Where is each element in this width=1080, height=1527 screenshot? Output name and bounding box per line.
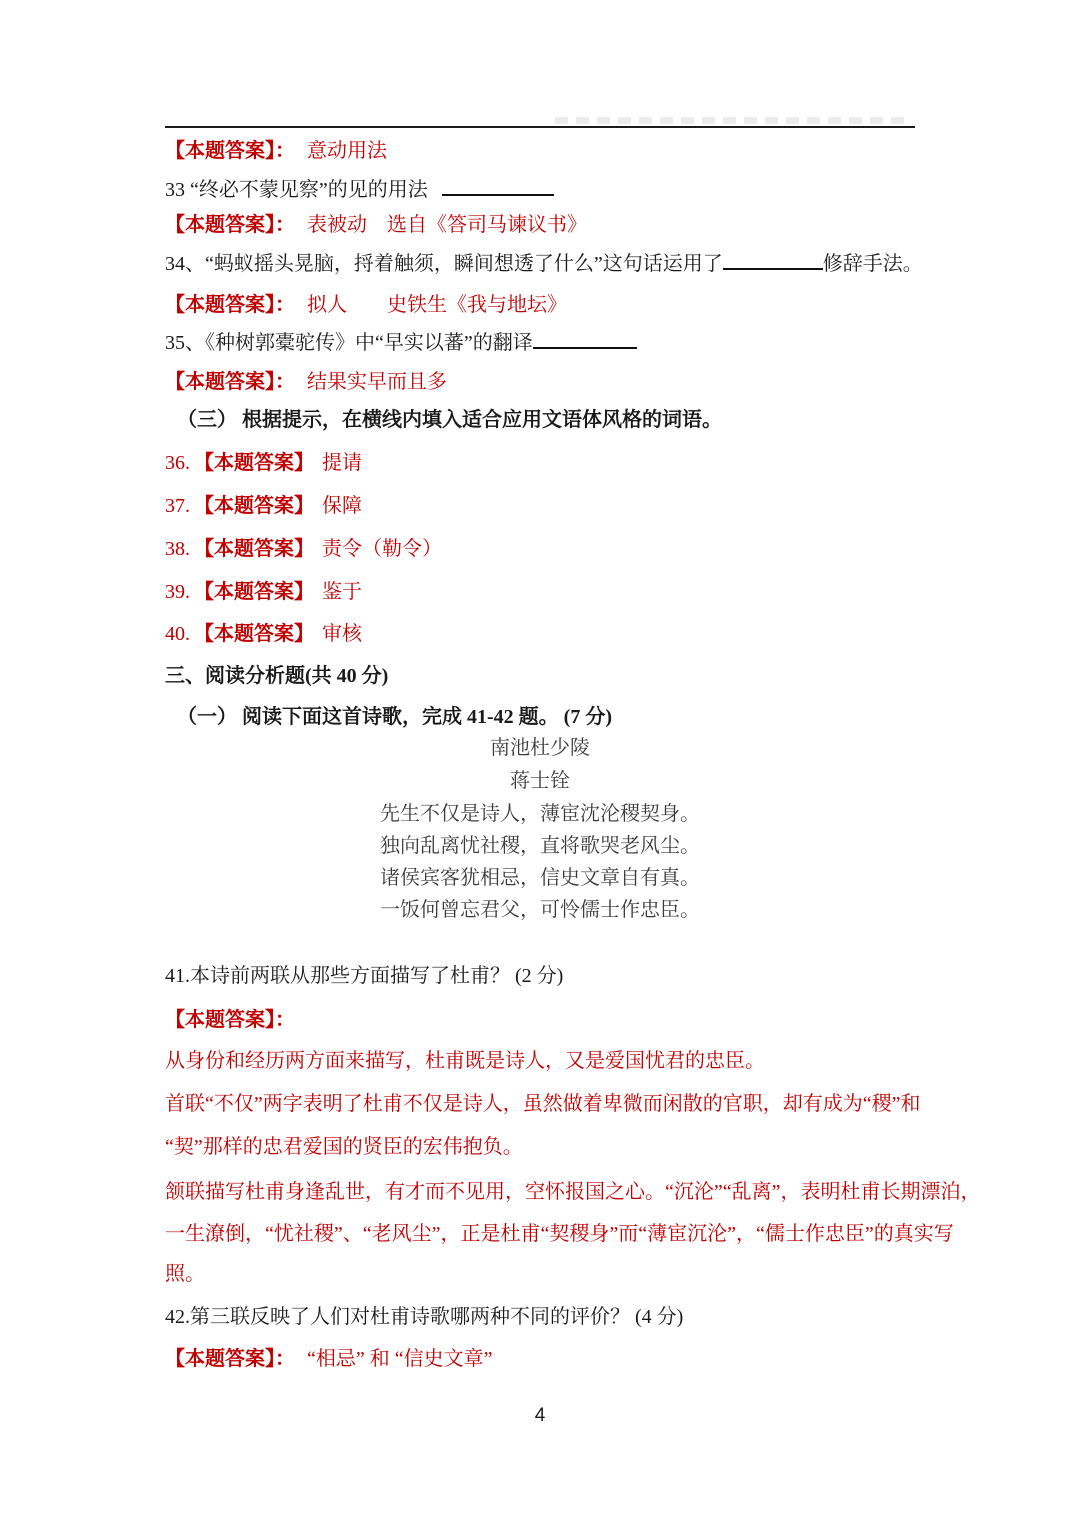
question-text-after-blank: 修辞手法。: [823, 253, 923, 275]
answer-line-34: 【本题答案】：拟人 史铁生《我与地坛》: [165, 291, 915, 319]
answer-text: 责令（勒令）: [322, 538, 442, 560]
part-3-subheading: （一） 阅读下面这首诗歌，完成 41-42 题。 (7 分): [165, 703, 915, 731]
question-text: 34、“蚂蚁摇头晃脑，捋着触须，瞬间想透了什么”这句话运用了: [165, 253, 723, 275]
answer-text: 表被动 选自《答司马谏议书》: [307, 214, 587, 236]
fill-answer-39: 39.【本题答案】鉴于: [165, 578, 915, 606]
answer-line-33: 【本题答案】：表被动 选自《答司马谏议书》: [165, 211, 915, 239]
header-divider-line: [165, 126, 915, 128]
page-content: 【本题答案】：意动用法 33 “终必不蒙见察”的见的用法 【本题答案】：表被动 …: [165, 126, 915, 1430]
answer-text: 保障: [322, 495, 362, 517]
question-33: 33 “终必不蒙见察”的见的用法: [165, 174, 915, 204]
fill-answer-36: 36.【本题答案】提请: [165, 449, 915, 477]
answer-text: “相忌” 和 “信史文章”: [307, 1348, 493, 1370]
answer-label: 【本题答案】：: [165, 214, 295, 236]
answer-label: 【本题答案】: [194, 538, 314, 560]
item-number: 39.: [165, 581, 190, 603]
fill-answer-40: 40.【本题答案】审核: [165, 620, 915, 648]
answer-label: 【本题答案】：: [165, 371, 295, 393]
answer-label: 【本题答案】: [194, 581, 314, 603]
answer-line-42: 【本题答案】：“相忌” 和 “信史文章”: [165, 1345, 915, 1373]
fill-answer-38: 38.【本题答案】责令（勒令）: [165, 535, 915, 563]
answer-label: 【本题答案】: [194, 623, 314, 645]
question-text: 33 “终必不蒙见察”的见的用法: [165, 179, 428, 201]
answer-text: 结果实早而且多: [307, 371, 447, 393]
answer-text: 鉴于: [322, 581, 362, 603]
item-number: 40.: [165, 623, 190, 645]
poem-author: 蒋士铨: [165, 767, 915, 795]
question-34: 34、“蚂蚁摇头晃脑，捋着触须，瞬间想透了什么”这句话运用了修辞手法。: [165, 248, 915, 278]
answer-label: 【本题答案】：: [165, 1348, 295, 1370]
part-3-heading: 三、阅读分析题(共 40 分): [165, 662, 915, 690]
page-number: 4: [165, 1402, 915, 1430]
answer-label-41: 【本题答案】：: [165, 1006, 915, 1034]
answer-41-line: “契”那样的忠君爱国的贤臣的宏伟抱负。: [165, 1133, 1000, 1161]
question-42: 42.第三联反映了人们对杜甫诗歌哪两种不同的评价？ (4 分): [165, 1303, 915, 1331]
question-35: 35、《种树郭橐驼传》中“早实以蕃”的翻译: [165, 327, 915, 357]
fill-answer-37: 37.【本题答案】保障: [165, 492, 915, 520]
question-41: 41.本诗前两联从那些方面描写了杜甫？ (2 分): [165, 962, 915, 990]
answer-label: 【本题答案】: [194, 495, 314, 517]
poem-line: 先生不仅是诗人，薄宦沈沦稷契身。: [165, 800, 915, 828]
answer-line-32: 【本题答案】：意动用法: [165, 137, 915, 165]
answer-text: 提请: [322, 452, 362, 474]
answer-text: 意动用法: [307, 140, 387, 162]
answer-line-35: 【本题答案】：结果实早而且多: [165, 368, 915, 396]
answer-label: 【本题答案】: [194, 452, 314, 474]
item-number: 36.: [165, 452, 190, 474]
answer-41-line: 照。: [165, 1260, 1000, 1288]
poem-line: 诸侯宾客犹相忌，信史文章自有真。: [165, 864, 915, 892]
document-page: 【本题答案】：意动用法 33 “终必不蒙见察”的见的用法 【本题答案】：表被动 …: [0, 0, 1080, 1527]
answer-blank-line: [533, 327, 637, 349]
section-3-heading: （三） 根据提示，在横线内填入适合应用文语体风格的词语。: [165, 406, 915, 434]
answer-label: 【本题答案】：: [165, 294, 295, 316]
answer-blank-line: [442, 174, 554, 196]
answer-41-line: 从身份和经历两方面来描写，杜甫既是诗人，又是爱国忧君的忠臣。: [165, 1047, 1000, 1075]
poem-line: 独向乱离忧社稷，直将歌哭老风尘。: [165, 832, 915, 860]
poem-line: 一饭何曾忘君父，可怜儒士作忠臣。: [165, 896, 915, 924]
answer-text: 审核: [322, 623, 362, 645]
answer-blank-line: [723, 248, 823, 270]
item-number: 37.: [165, 495, 190, 517]
answer-41-line: 颔联描写杜甫身逢乱世，有才而不见用，空怀报国之心。“沉沦”“乱离”，表明杜甫长期…: [165, 1178, 1000, 1206]
answer-41-line: 首联“不仅”两字表明了杜甫不仅是诗人，虽然做着卑微而闲散的官职，却有成为“稷”和: [165, 1090, 1000, 1118]
item-number: 38.: [165, 538, 190, 560]
faded-header-text: [555, 117, 910, 124]
answer-label: 【本题答案】：: [165, 140, 295, 162]
question-text: 35、《种树郭橐驼传》中“早实以蕃”的翻译: [165, 332, 533, 354]
answer-41-line: 一生潦倒，“忧社稷”、“老风尘”，正是杜甫“契稷身”而“薄宦沉沦”，“儒士作忠臣…: [165, 1220, 1000, 1248]
answer-text: 拟人 史铁生《我与地坛》: [307, 294, 567, 316]
poem-title: 南池杜少陵: [165, 734, 915, 762]
